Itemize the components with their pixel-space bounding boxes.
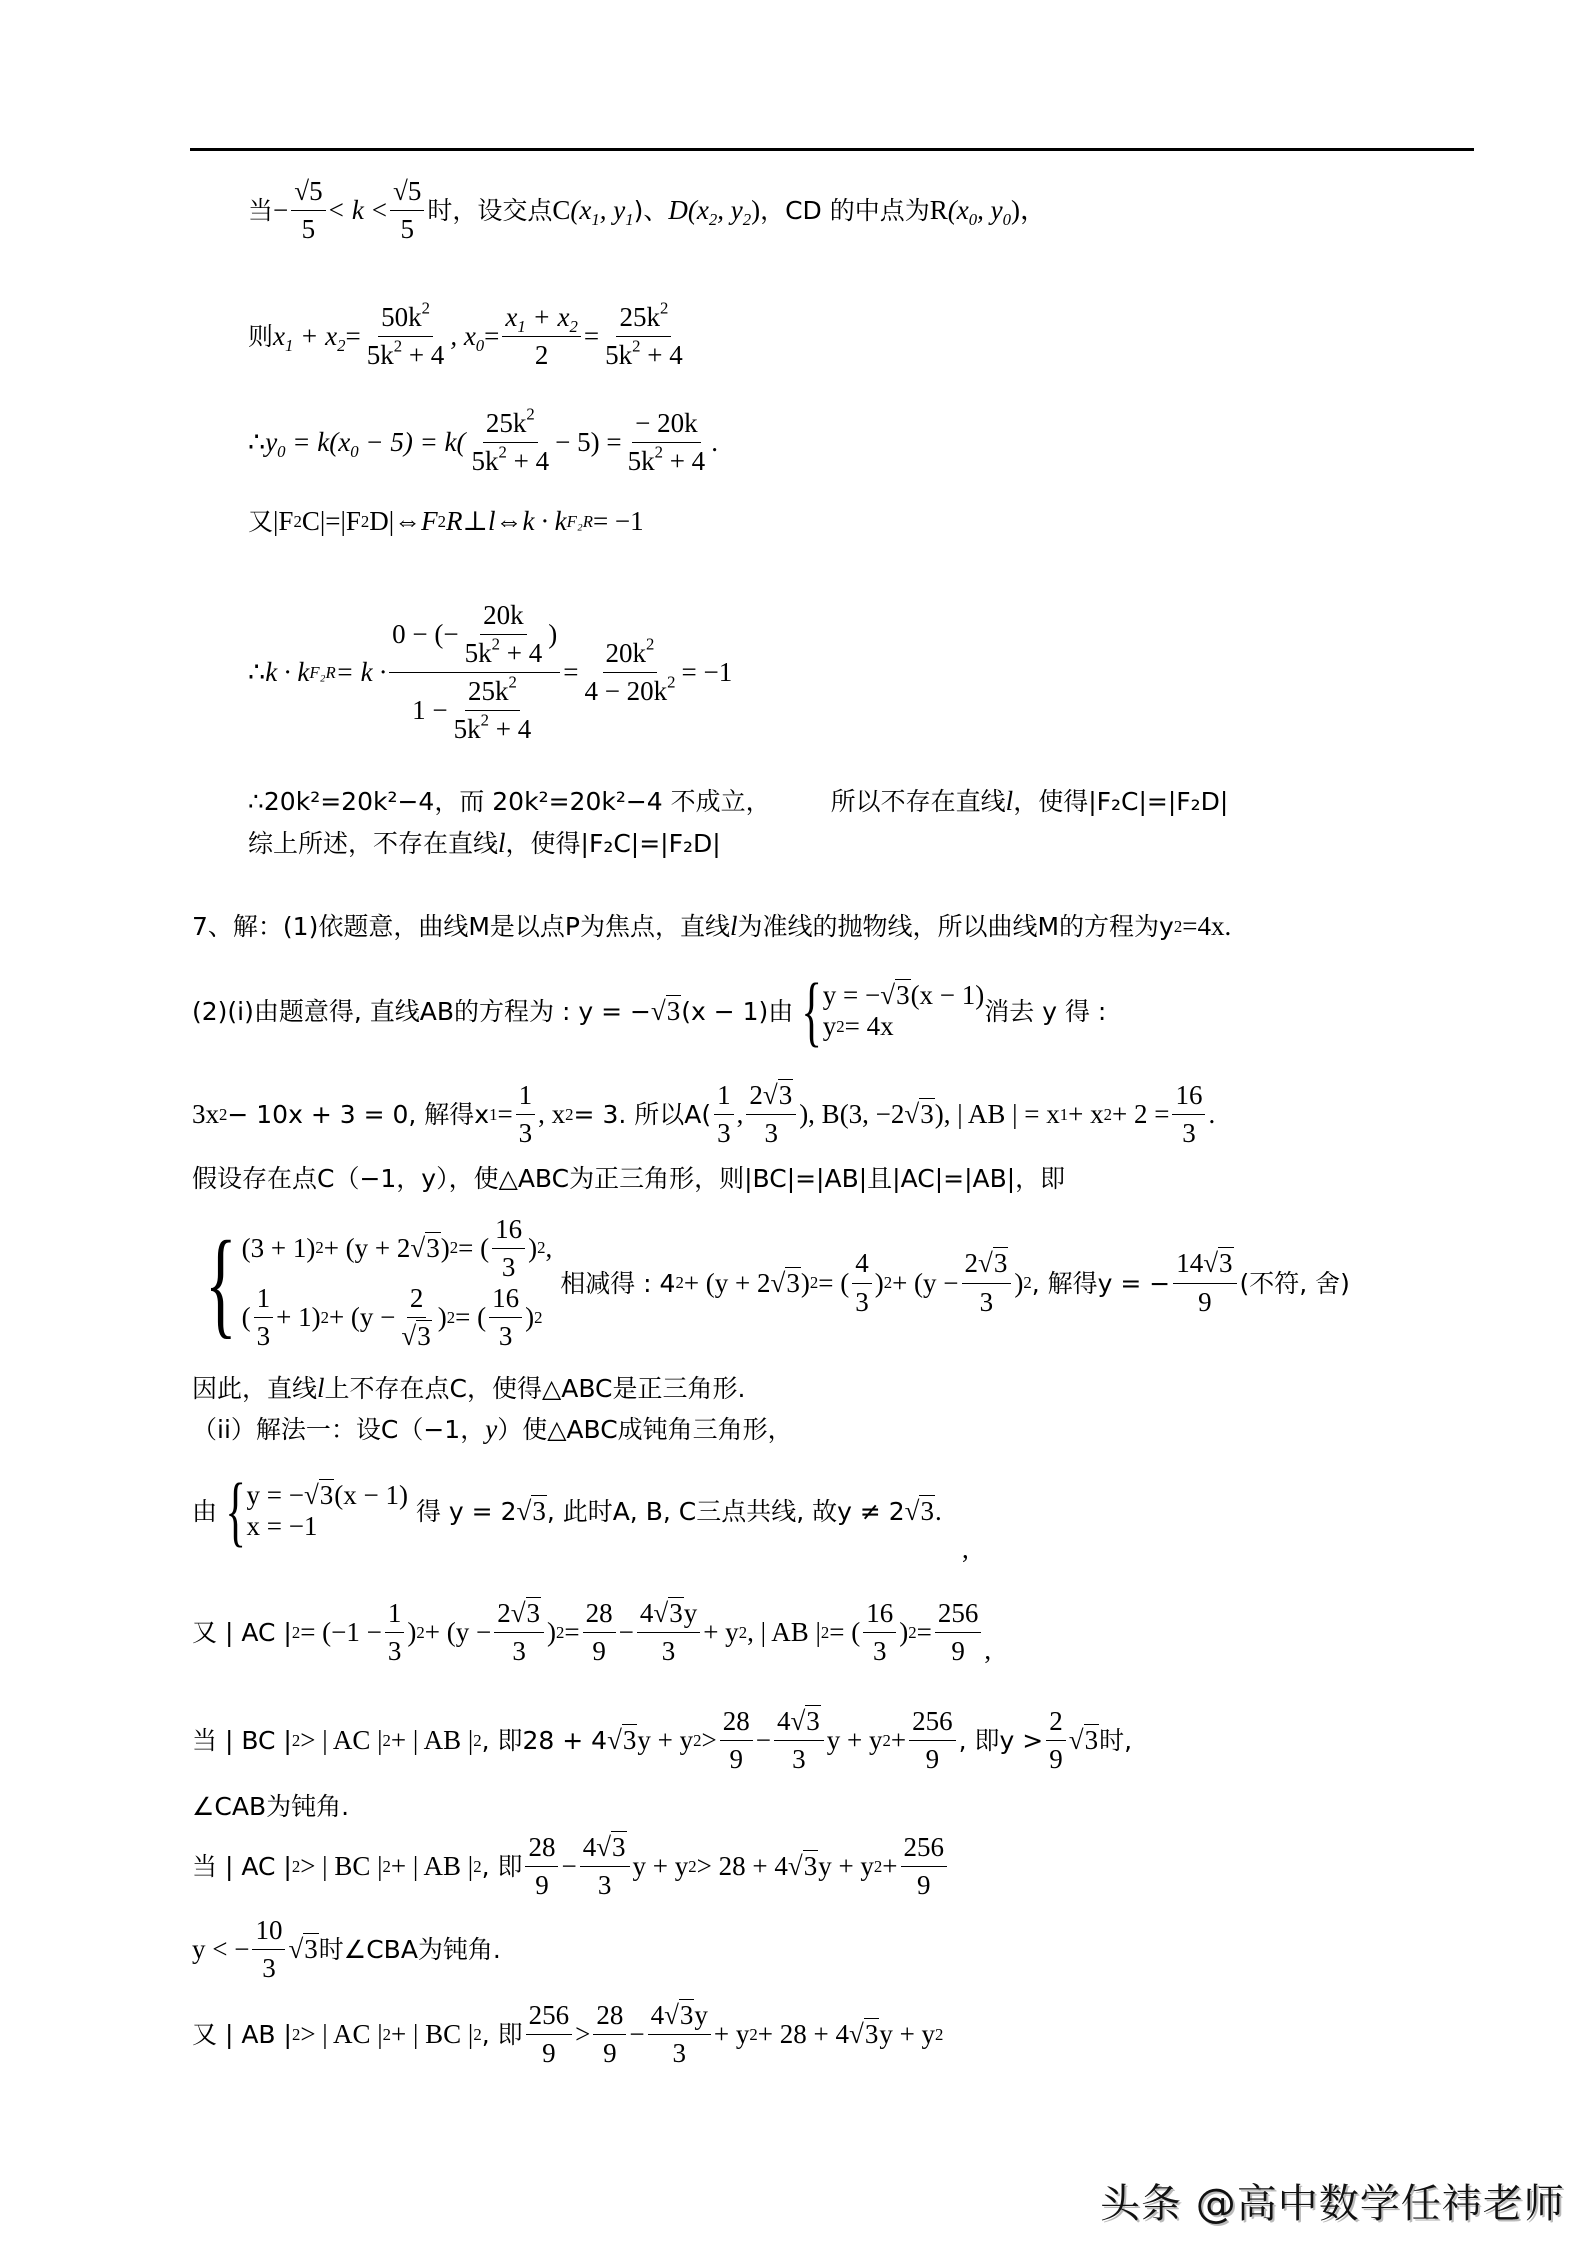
math: + y <box>703 1619 738 1646</box>
radicand: 3 <box>668 1597 684 1628</box>
math: (x <box>948 195 969 225</box>
no-equilateral-conclusion: 因此，直线 l 上不存在点C，使得△ABC是正三角形. <box>192 1375 745 1402</box>
radicand: 3 <box>425 1232 441 1263</box>
math: (x <box>570 195 591 225</box>
math: = <box>917 1619 932 1646</box>
math: 3x <box>192 1101 219 1128</box>
math: , <box>984 1637 991 1664</box>
subscript: 0 <box>350 442 358 461</box>
math: ) <box>438 1302 447 1333</box>
numerator: 16 <box>492 1214 525 1249</box>
compound-fraction: 0 − (− 20k 5k2 + 4 ) 1 − 25k2 5k2 + 4 <box>389 600 560 745</box>
text: 假设存在点C（−1，y），使△ABC为正三角形，则|BC|=|AB|且|AC|=… <box>192 1166 1065 1191</box>
collinear-check: 由 { y = −√3(x − 1) x = −1 得 y = 2√3 , 此时… <box>192 1472 942 1550</box>
denominator: 9 <box>539 2035 559 2069</box>
math: y = − <box>823 980 880 1011</box>
text: 为准线的抛物线，所以曲线M的方程为y <box>737 914 1173 939</box>
fraction: 163 <box>1172 1080 1205 1149</box>
problem-7-part-1: 7、解：(1)依题意，曲线M是以点P为焦点，直线 l 为准线的抛物线，所以曲线M… <box>192 913 1231 940</box>
math: y <box>265 427 277 457</box>
math: y + y <box>633 1853 689 1880</box>
denominator: 2 <box>532 337 552 371</box>
text: 又 <box>248 509 273 534</box>
radicand: 3 <box>785 1267 801 1298</box>
denominator: 5k <box>465 638 492 668</box>
line-conclusion: 综上所述，不存在直线 l ，使得|F₂C|=|F₂D| <box>248 830 721 857</box>
math: x = −1 <box>246 1511 408 1542</box>
math: − <box>619 1619 634 1646</box>
math: > | AC | <box>300 2021 382 2048</box>
math: R <box>446 508 463 535</box>
numerator: 16 <box>1172 1080 1205 1115</box>
text: 又 | AB | <box>192 2022 292 2047</box>
math: , y <box>717 195 742 225</box>
text: 7、解：(1)依题意，曲线M是以点P为焦点，直线 <box>192 914 730 939</box>
numerator: √5 <box>291 176 325 211</box>
fraction: 2√33 <box>746 1080 796 1149</box>
var-l: l <box>317 1375 325 1402</box>
text: 又 | AC | <box>192 1620 292 1645</box>
numerator: 20k <box>606 638 647 668</box>
denominator: 9 <box>948 1633 968 1667</box>
radicand: 3 <box>919 1098 935 1129</box>
left-brace: { <box>802 972 823 1050</box>
text: 综上所述，不存在直线 <box>248 831 498 856</box>
numerator: 1 <box>516 1080 536 1115</box>
fraction: 20k 5k2 + 4 <box>462 600 546 669</box>
math: − <box>629 2021 644 2048</box>
radicand: 3 <box>993 1247 1009 1278</box>
left-brace: { <box>225 1472 246 1550</box>
left-brace: { <box>205 1223 237 1343</box>
text: ∠CAB为钝角. <box>192 1794 349 1819</box>
math: , <box>962 1536 969 1563</box>
text: , 此时A, B, C三点共线, 故y ≠ 2 <box>547 1499 905 1524</box>
math: ( <box>242 1302 251 1333</box>
math: k · k <box>265 659 309 686</box>
math: − 5) = <box>555 429 621 456</box>
math: = <box>584 323 599 350</box>
numerator: 0 − (− <box>392 618 458 650</box>
period: . <box>935 1498 942 1525</box>
numerator: y <box>694 2000 708 2030</box>
math: =4x. <box>1182 913 1231 940</box>
numerator: 20k <box>480 600 527 635</box>
equation-system: (3 + 1)2 + (y + 2√3 )2 = ( 163 )2, ( 13 … <box>242 1214 553 1352</box>
denominator: 3 <box>254 1318 274 1352</box>
numerator: x <box>505 302 517 332</box>
less-than: < <box>372 197 387 224</box>
less-than: < <box>329 197 344 224</box>
numerator: 2 <box>407 1283 427 1318</box>
subscript: 1 <box>517 317 525 336</box>
math: ) <box>525 1302 534 1333</box>
math: > 28 + 4 <box>697 1853 788 1880</box>
text: 时，设交点 <box>427 198 552 223</box>
numerator: ) <box>548 618 557 650</box>
numerator: 16 <box>489 1283 522 1318</box>
text: ，使得|F₂C|=|F₂D| <box>1013 789 1228 814</box>
subscript: 1 <box>591 210 599 229</box>
denominator: 3 <box>496 1318 516 1352</box>
denominator: 1 − <box>412 694 447 726</box>
therefore-symbol: ∴ <box>248 429 265 456</box>
fraction: 25k2 5k2 + 4 <box>602 302 686 371</box>
case-bc-largest: 当 | BC |2 > | AC |2 + | AB |2 , 即28 + 4√… <box>192 1706 1132 1775</box>
math: (x <box>688 195 709 225</box>
denominator: 5k <box>628 446 655 476</box>
denominator: 5 <box>299 211 319 245</box>
math: − <box>561 1853 576 1880</box>
text: 上不存在点C，使得△ABC是正三角形. <box>325 1376 746 1401</box>
numerator: 4 <box>651 2000 665 2030</box>
radicand: 3 <box>1218 1247 1234 1278</box>
text: 时, <box>1099 1728 1132 1753</box>
point-R: R <box>930 197 948 224</box>
math: = <box>484 323 499 350</box>
fraction: 50k2 5k2 + 4 <box>364 302 448 371</box>
point-C: C <box>552 197 570 224</box>
numerator: 2 <box>965 1248 979 1278</box>
numerator: 4 <box>640 1598 654 1628</box>
math: , <box>545 1233 552 1264</box>
numerator: 4 <box>777 1706 791 1736</box>
numerator: 50k <box>381 302 422 332</box>
math: y + y <box>879 2021 935 2048</box>
superscript: 2 <box>499 443 507 462</box>
minus-sign: − <box>273 197 288 224</box>
math: + 2 = <box>1112 1101 1169 1128</box>
text: 则 <box>248 324 273 349</box>
denominator: 3 <box>385 1633 405 1667</box>
radicand: 3 <box>805 1705 821 1736</box>
numerator: 4 <box>852 1248 872 1283</box>
superscript: 2 <box>492 635 500 654</box>
denominator: 9 <box>1046 1741 1066 1775</box>
math: y + y <box>637 1727 693 1754</box>
math: + (y − <box>425 1619 491 1646</box>
denominator: 3 <box>499 1249 519 1283</box>
subscript: 2 <box>743 210 751 229</box>
assume-equilateral: 假设存在点C（−1，y），使△ABC为正三角形，则|BC|=|AB|且|AC|=… <box>192 1166 1065 1191</box>
math: ) <box>875 1270 884 1297</box>
superscript: 2 <box>655 443 663 462</box>
denominator: 5k <box>472 446 499 476</box>
math: − 5) = k( <box>359 427 466 457</box>
fraction: 13 <box>516 1080 536 1149</box>
fraction: − 20k 5k2 + 4 <box>625 408 709 477</box>
math: + | AB | <box>391 1727 473 1754</box>
math: + (y + 2 <box>324 1233 411 1264</box>
part-ii-method-1: （ii）解法一：设C（−1， y ）使△ABC成钝角三角形， <box>192 1416 793 1443</box>
math: = k(x <box>286 427 351 457</box>
text: )、 <box>634 198 669 223</box>
quadratic-solution: 3x2 − 10x + 3 = 0, 解得x1 = 13 , x2 = 3. 所… <box>192 1080 1215 1149</box>
radicand: 3 <box>895 979 911 1010</box>
denominator: 9 <box>600 2035 620 2069</box>
math: = ( <box>455 1302 486 1333</box>
denominator: + 4 <box>663 446 705 476</box>
perp-symbol: ⊥ <box>463 508 488 535</box>
numerator: 256 <box>526 2000 573 2035</box>
period: . <box>1208 1101 1215 1128</box>
radicand: 3 <box>803 1850 819 1881</box>
math: = (−1 − <box>300 1619 382 1646</box>
denominator: 9 <box>532 1867 552 1901</box>
text: 当 | AC | <box>192 1854 292 1879</box>
math: = −1 <box>593 508 644 535</box>
text: 当 <box>248 198 273 223</box>
numerator: 256 <box>935 1598 982 1633</box>
denominator: 3 <box>659 1633 679 1667</box>
text: , 即 <box>482 1854 523 1879</box>
denominator: 9 <box>923 1741 943 1775</box>
math: C|=|F <box>302 508 361 535</box>
math: k · k <box>522 508 566 535</box>
radicand: 3 <box>416 1320 432 1351</box>
denominator: 3 <box>1179 1115 1199 1149</box>
math: y < − <box>192 1936 249 1963</box>
numerator: 256 <box>901 1832 948 1867</box>
math: + <box>891 1727 906 1754</box>
math: (x − 1) <box>334 1480 408 1511</box>
numerator: 28 <box>583 1598 616 1633</box>
denominator: 5k <box>605 340 632 370</box>
stray-comma: , <box>962 1536 969 1563</box>
subscript: 0 <box>969 210 977 229</box>
var-l: l <box>730 913 738 940</box>
fraction: 13 <box>714 1080 734 1149</box>
math: , x <box>450 321 475 351</box>
angle-cba-obtuse: y < − 103 √3 时∠CBA为钝角. <box>192 1915 501 1984</box>
numerator: √5 <box>390 176 424 211</box>
math: y <box>823 1011 837 1042</box>
line-x-sum: 则 x1 + x2 = 50k2 5k2 + 4 , x0 = x1 + x2 … <box>248 302 689 371</box>
var-y: y <box>485 1416 497 1443</box>
text: 当 | BC | <box>192 1728 292 1753</box>
math: , <box>737 1101 744 1128</box>
denominator: 3 <box>259 1950 279 1984</box>
var-l: l <box>498 830 506 857</box>
superscript: 2 <box>422 298 430 317</box>
subscript: 0 <box>476 336 484 355</box>
radicand: 3 <box>679 1999 695 2030</box>
equation-system: y = −√3(x − 1) x = −1 <box>246 1480 408 1542</box>
radicand: 3 <box>319 1479 335 1510</box>
math: + | AB | <box>391 1853 473 1880</box>
radicand: 3 <box>778 1079 794 1110</box>
math: + y <box>714 2021 749 2048</box>
numerator: 10 <box>252 1915 285 1950</box>
denominator: + 4 <box>402 340 444 370</box>
math: > <box>702 1727 717 1754</box>
text: , 解得y = − <box>1032 1271 1170 1296</box>
line-perp-condition: 又 |F2 C|=|F2 D| ⇔ F2R ⊥ l ⇔ k · kF₂R = −… <box>248 508 644 535</box>
radicand: 3 <box>531 1495 547 1526</box>
text: ，CD 的中点为 <box>760 198 930 223</box>
math: + 1) <box>276 1302 320 1333</box>
denominator: 3 <box>714 1115 734 1149</box>
math: (3 + 1) <box>242 1233 316 1264</box>
math: = ( <box>818 1270 849 1297</box>
denominator: 3 <box>595 1867 615 1901</box>
numerator: 28 <box>720 1706 753 1741</box>
denominator: 5k <box>367 340 394 370</box>
subscript: 2 <box>569 317 577 336</box>
numerator: 2 <box>1046 1706 1066 1741</box>
numerator: 28 <box>525 1832 558 1867</box>
subscript: 2 <box>709 210 717 229</box>
problem-7-part-2i: (2)(i)由题意得, 直线AB的方程为 : y = − √3 (x − 1)由… <box>192 972 1106 1050</box>
denominator: 4 − 20k <box>584 676 667 706</box>
subscript: 2 <box>337 336 345 355</box>
math: ) <box>1014 1270 1023 1297</box>
equilateral-system: { (3 + 1)2 + (y + 2√3 )2 = ( 163 )2, ( 1… <box>192 1218 1350 1348</box>
math: > | AC | <box>300 1727 382 1754</box>
text: （ii）解法一：设C（−1， <box>192 1417 485 1442</box>
math: (x − 1) <box>911 980 985 1011</box>
fraction: 25k2 5k2 + 4 <box>451 676 535 745</box>
math: ) <box>407 1619 416 1646</box>
math: )， <box>1011 197 1047 224</box>
text: (x − 1)由 <box>681 999 793 1024</box>
math: + | BC | <box>391 2021 473 2048</box>
math: D| <box>369 508 394 535</box>
superscript: 2 <box>646 635 654 654</box>
text: 消去 y 得 : <box>984 999 1106 1024</box>
math: |F <box>273 508 293 535</box>
denominator: 3 <box>870 1633 890 1667</box>
math: , x <box>538 1101 565 1128</box>
superscript: 2 <box>481 711 489 730</box>
superscript: 2 <box>394 337 402 356</box>
numerator: 14 <box>1176 1248 1203 1278</box>
case-ac-largest: 当 | AC |2 > | BC |2 + | AB |2 , 即 289 − … <box>192 1832 950 1901</box>
text: , 即 <box>482 2022 523 2047</box>
text: 得 y = 2 <box>416 1499 517 1524</box>
numerator: 1 <box>714 1080 734 1115</box>
math: ), B(3, −2 <box>799 1101 904 1128</box>
text: 相减得 : 4 <box>560 1271 675 1296</box>
denominator: 3 <box>789 1741 809 1775</box>
text: 因此，直线 <box>192 1376 317 1401</box>
line-slope-product: ∴ k · kF₂R = k · 0 − (− 20k 5k2 + 4 ) 1 … <box>248 600 732 745</box>
math: − <box>756 1727 771 1754</box>
subtracted-equation: 相减得 : 42 + (y + 2√3 )2 = ( 43 )2 + (y − … <box>560 1248 1350 1317</box>
radicand: 3 <box>526 1597 542 1628</box>
text: ，使得|F₂C|=|F₂D| <box>506 831 721 856</box>
fraction: x1 + x2 2 <box>502 302 580 371</box>
math: y + y <box>818 1853 874 1880</box>
numerator: 2 <box>497 1598 511 1628</box>
iff-symbol: ⇔ <box>394 508 421 535</box>
denominator: 5k <box>454 714 481 744</box>
numerator: 1 <box>254 1283 274 1318</box>
denominator: + 4 <box>507 446 549 476</box>
watermark: 头条 @高中数学任祎老师 <box>1100 2172 1565 2229</box>
math: = <box>497 1101 512 1128</box>
numerator: 28 <box>593 2000 626 2035</box>
math: = <box>564 1619 579 1646</box>
text: , 即28 + 4 <box>482 1728 607 1753</box>
text: (不符, 舍) <box>1240 1271 1350 1296</box>
math: = 4x <box>845 1011 894 1042</box>
numerator: − 20k <box>632 408 700 443</box>
math: , y <box>977 195 1002 225</box>
denominator: 3 <box>669 2035 689 2069</box>
var-l: l <box>1006 788 1014 815</box>
fraction: 20k2 4 − 20k2 <box>581 638 678 707</box>
text: 由 <box>192 1499 217 1524</box>
math: = −1 <box>682 659 733 686</box>
subscript: 0 <box>1003 210 1011 229</box>
radicand: 3 <box>303 1933 319 1964</box>
case-ab-largest: 又 | AB |2 > | AC |2 + | BC |2 , 即 2569 >… <box>192 2000 943 2069</box>
text: ∴20k²=20k²−4，而 20k²=20k²−4 不成立， <box>248 789 771 814</box>
math: y + y <box>827 1727 883 1754</box>
math: ) <box>528 1233 537 1264</box>
denominator: 9 <box>914 1867 934 1901</box>
fraction: √5 5 <box>390 176 424 245</box>
period: . <box>711 429 718 456</box>
superscript: 2 <box>526 404 534 423</box>
radicand: 3 <box>919 1495 935 1526</box>
math: = ( <box>458 1233 489 1264</box>
math: y = − <box>246 1480 303 1511</box>
iff-symbol: ⇔ <box>495 508 522 535</box>
line-contradiction: ∴20k²=20k²−4，而 20k²=20k²−4 不成立， 所以不存在直线 … <box>248 788 1228 815</box>
math: + (y + 2 <box>684 1270 771 1297</box>
subscript: 0 <box>277 442 285 461</box>
line-y0: ∴ y0 = k(x0 − 5) = k( 25k2 5k2 + 4 − 5) … <box>248 408 718 477</box>
equation-system: y = −√3(x − 1) y2 = 4x <box>823 980 985 1042</box>
text: − 10x + 3 = 0, 解得x <box>227 1102 489 1127</box>
math: + (y − <box>329 1302 395 1333</box>
math: + x <box>1068 1101 1103 1128</box>
radicand: 3 <box>1084 1724 1100 1755</box>
radicand: 3 <box>622 1724 638 1755</box>
radicand: 3 <box>864 2018 880 2049</box>
numerator: 25k <box>619 302 660 332</box>
numerator: + x <box>526 302 570 332</box>
math: ) <box>751 197 760 224</box>
math: = k · <box>336 659 386 686</box>
text: (2)(i)由题意得, 直线AB的方程为 : y = − <box>192 999 651 1024</box>
numerator: 256 <box>909 1706 956 1741</box>
angle-cab-obtuse: ∠CAB为钝角. <box>192 1794 349 1819</box>
text: 时∠CBA为钝角. <box>319 1937 501 1962</box>
math: > | BC | <box>300 1853 382 1880</box>
line-k-range: 当 − √5 5 < k < √5 5 时，设交点 C (x1, y1 )、 D… <box>248 176 1047 245</box>
denominator: + 4 <box>489 714 531 744</box>
math: ), | AB | = x <box>935 1101 1060 1128</box>
fraction: 25k2 5k2 + 4 <box>469 408 553 477</box>
denominator: 3 <box>852 1284 872 1318</box>
text: = 3. 所以A( <box>574 1102 712 1127</box>
ac-ab-lengths: 又 | AC |2 = (−1 − 13 )2 + (y − 2√33 )2 =… <box>192 1598 991 1667</box>
math: ) <box>441 1233 450 1264</box>
var-k: k <box>352 197 364 224</box>
radicand: 3 <box>611 1831 627 1862</box>
math: + x <box>293 321 337 351</box>
numerator: 2 <box>749 1080 763 1110</box>
numerator: 16 <box>863 1598 896 1633</box>
denominator: 3 <box>516 1115 536 1149</box>
denominator: 9 <box>1195 1284 1215 1318</box>
text: ）使△ABC成钝角三角形， <box>497 1417 793 1442</box>
superscript: 2 <box>508 673 516 692</box>
math: + 28 + 4 <box>758 2021 849 2048</box>
